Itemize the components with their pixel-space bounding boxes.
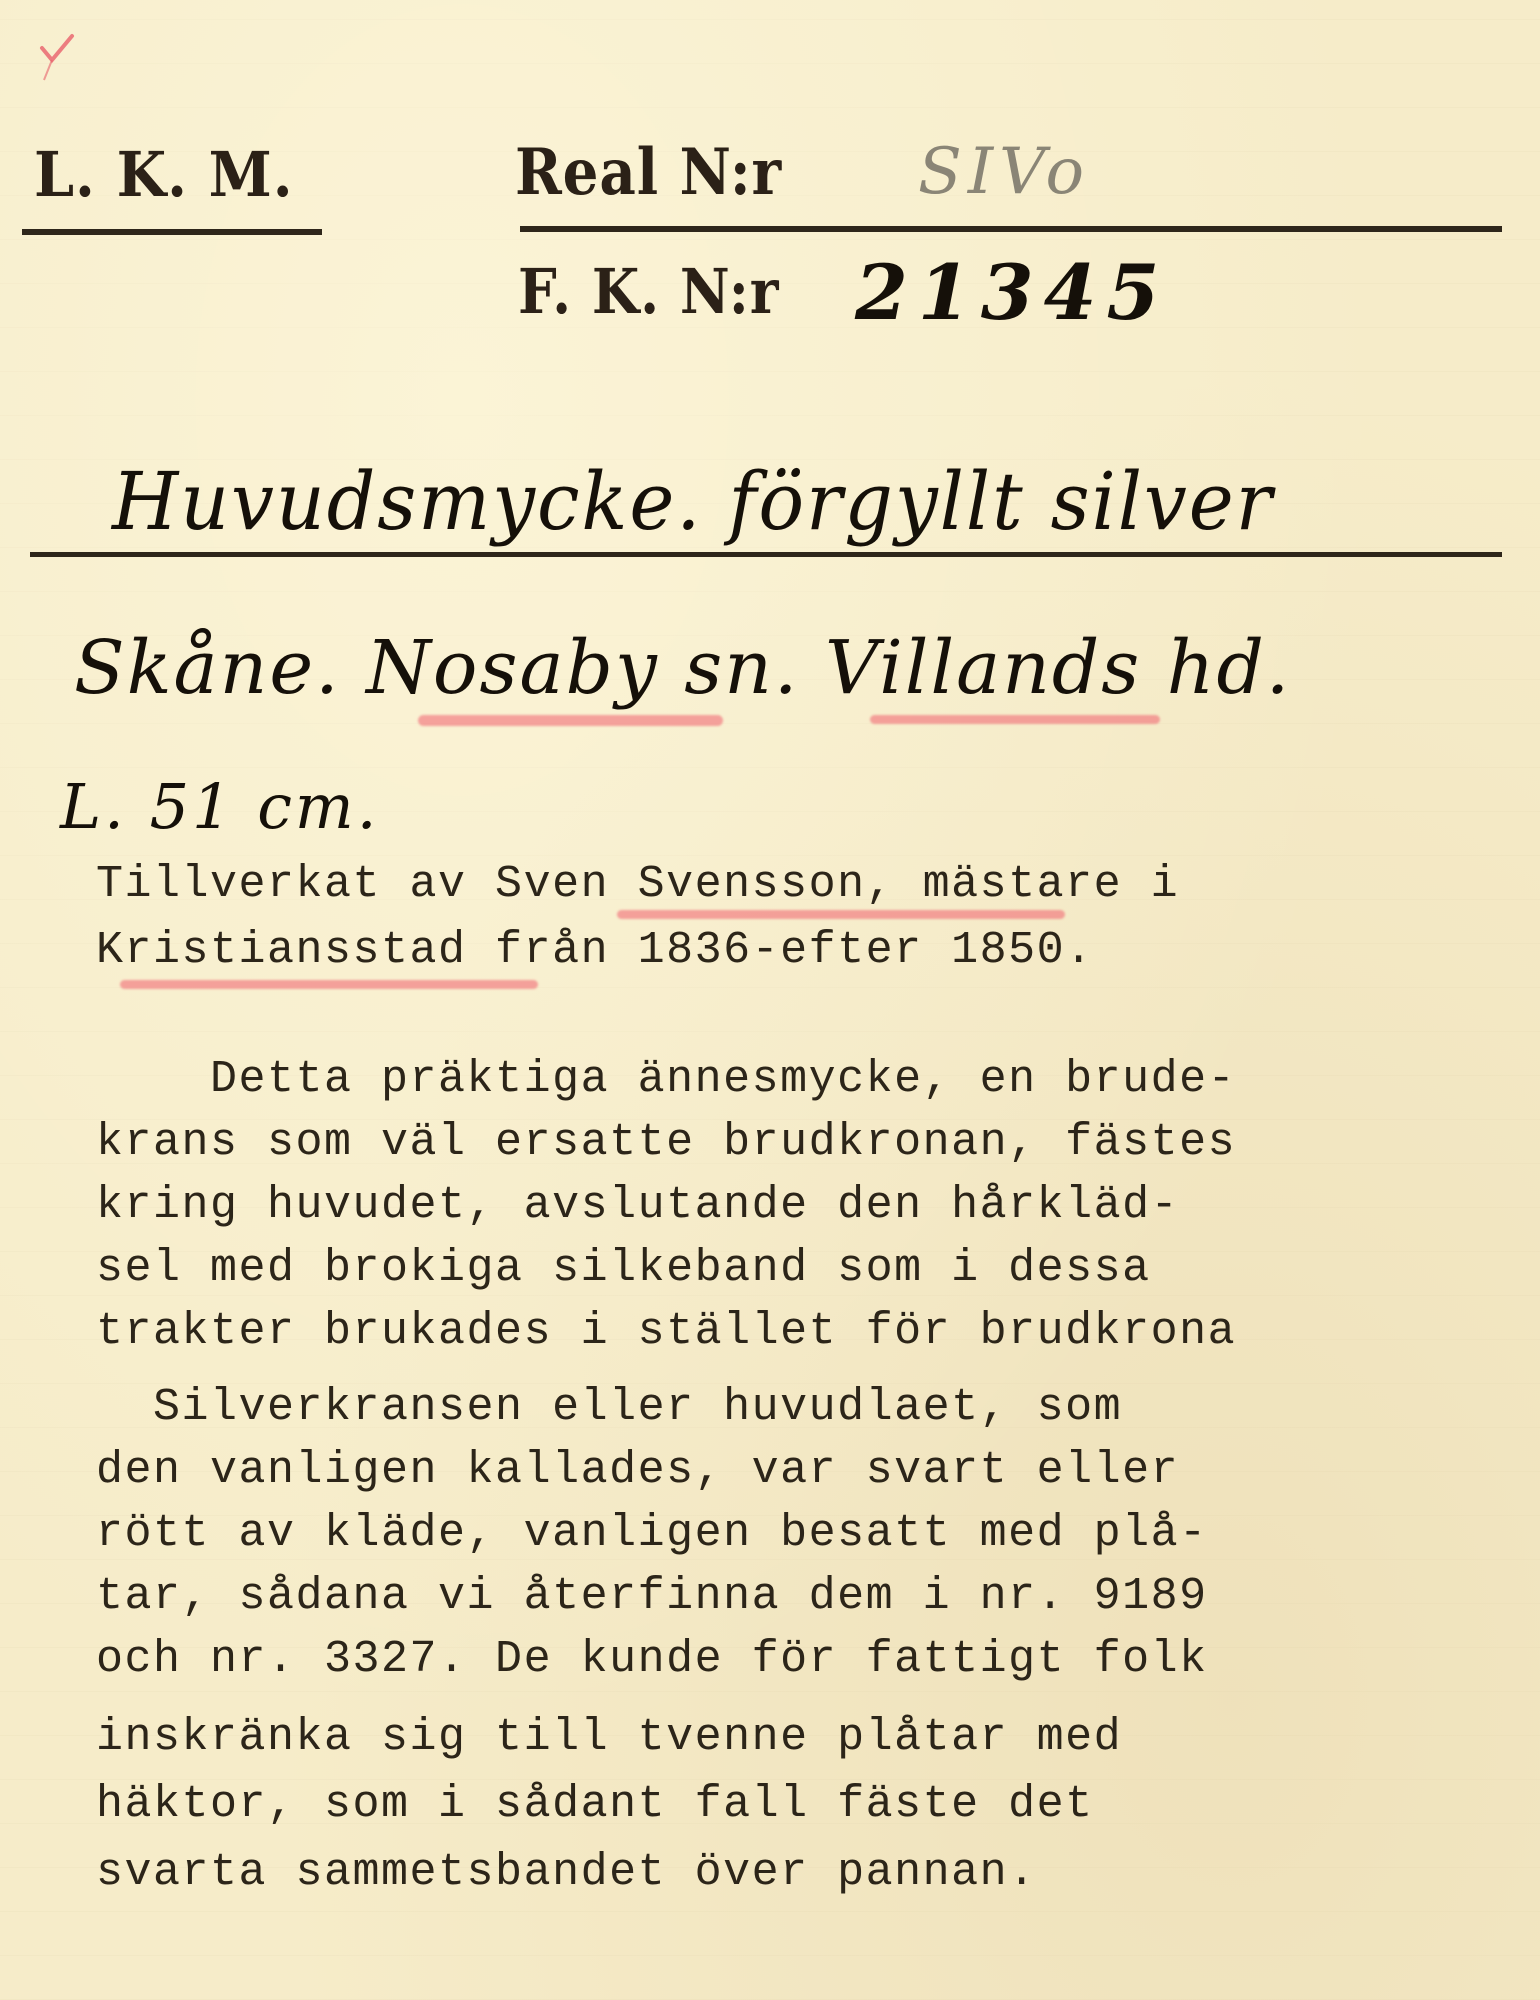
typed-line: Kristiansstad från 1836-efter 1850. bbox=[96, 928, 1094, 973]
real-number-value: SIVo bbox=[918, 135, 1090, 209]
catalog-card: L. K. M. Real N:r SIVo F. K. N:r 21345 H… bbox=[0, 0, 1540, 2000]
red-underline-maker bbox=[617, 910, 1065, 919]
red-underline-district bbox=[870, 715, 1160, 724]
typed-line: kring huvudet, avslutande den hårkläd- bbox=[96, 1183, 1179, 1228]
object-size: L. 51 cm. bbox=[60, 770, 379, 843]
typed-line: den vanligen kallades, var svart eller bbox=[96, 1448, 1179, 1493]
typed-description: Tillverkat av Sven Svensson, mästare i K… bbox=[96, 0, 210, 765]
header-rule bbox=[520, 226, 1502, 232]
red-underline-town bbox=[120, 980, 538, 989]
typed-line: Detta präktiga ännesmycke, en brude- bbox=[96, 1057, 1236, 1102]
real-number-label: Real N:r bbox=[515, 135, 782, 210]
fk-number-label: F. K. N:r bbox=[518, 255, 779, 328]
place-parish: Nosaby bbox=[366, 625, 659, 711]
typed-line: och nr. 3327. De kunde för fattigt folk bbox=[96, 1637, 1208, 1682]
typed-line: Tillverkat av Sven Svensson, mästare i bbox=[96, 862, 1179, 907]
title-rule bbox=[30, 552, 1502, 557]
typed-line: rött av kläde, vanligen besatt med plå- bbox=[96, 1511, 1208, 1556]
place-parish-suffix: sn. bbox=[684, 625, 799, 711]
typed-line: Silverkransen eller huvudlaet, som bbox=[96, 1385, 1122, 1430]
place-district: Villands bbox=[825, 625, 1141, 711]
typed-line: inskränka sig till tvenne plåtar med bbox=[96, 1715, 1122, 1760]
object-place: Skåne. Nosaby sn. Villands hd. bbox=[74, 625, 1291, 711]
typed-line: svarta sammetsbandet över pannan. bbox=[96, 1850, 1037, 1895]
typed-line: trakter brukades i stället för brudkrona bbox=[96, 1309, 1236, 1354]
red-underline-parish bbox=[418, 715, 723, 726]
typed-line: tar, sådana vi återfinna dem i nr. 9189 bbox=[96, 1574, 1208, 1619]
typed-line: sel med brokiga silkeband som i dessa bbox=[96, 1246, 1151, 1291]
object-title: Huvudsmycke. förgyllt silver bbox=[112, 455, 1274, 548]
place-district-suffix: hd. bbox=[1167, 625, 1292, 711]
typed-line: häktor, som i sådant fall fäste det bbox=[96, 1782, 1094, 1827]
fk-number-value: 21345 bbox=[855, 248, 1169, 337]
typed-line: krans som väl ersatte brudkronan, fästes bbox=[96, 1120, 1236, 1165]
